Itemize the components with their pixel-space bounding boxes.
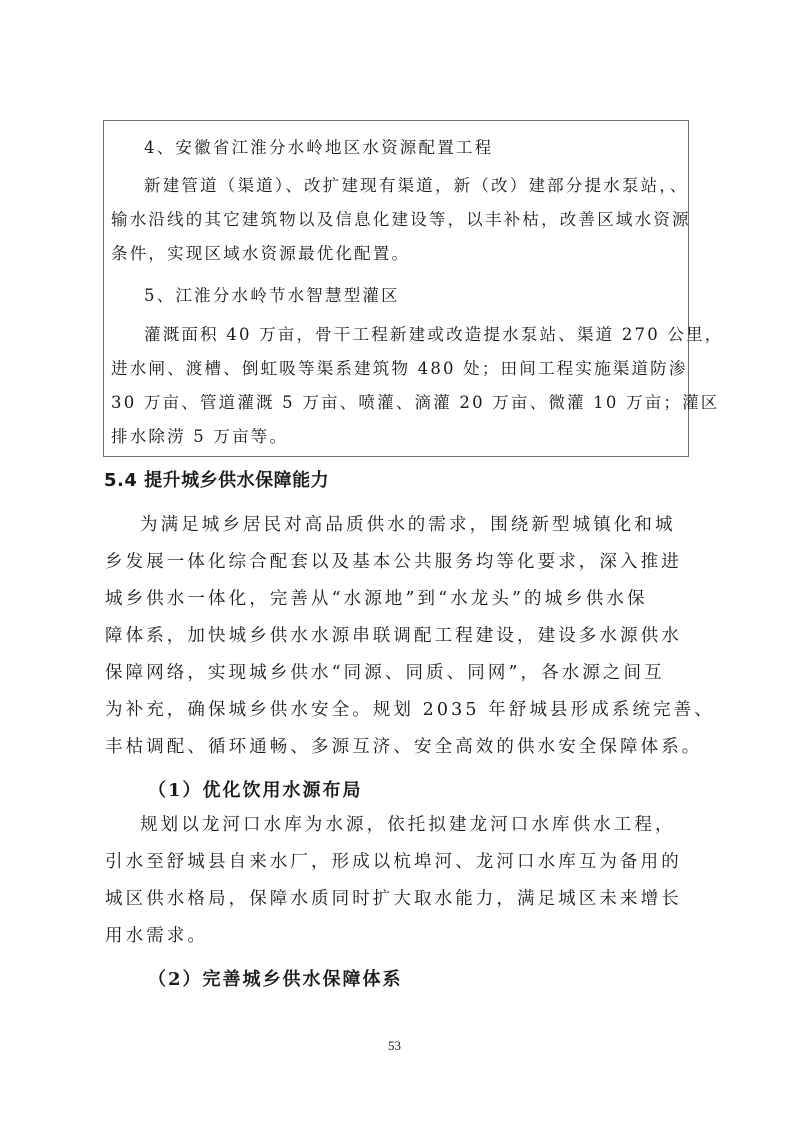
project-4-text-line: 新建管道（渠道）、改扩建现有渠道，新（改）建部分提水泵站，、 [144, 176, 689, 196]
project-5-text-line: 排水除涝 5 万亩等。 [111, 427, 288, 447]
project-4-text-line: 输水沿线的其它建筑物以及信息化建设等，以丰补枯，改善区域水资源 [111, 210, 691, 230]
paragraph-line: 为补充，确保城乡供水安全。规划 2035 年舒城县形成系统完善、 [105, 700, 715, 720]
paragraph-line: 用水需求。 [105, 926, 208, 946]
project-5-text-line: 进水闸、渡槽、倒虹吸等渠系建筑物 480 处；田间工程实施渠道防渗 [111, 359, 688, 379]
paragraph-line: 障体系，加快城乡供水水源串联调配工程建设，建设多水源供水 [105, 626, 682, 646]
project-5-text-line: 灌溉面积 40 万亩，骨干工程新建或改造提水泵站、渠道 270 公里， [144, 325, 723, 345]
project-4-title: 4、安徽省江淮分水岭地区水资源配置工程 [144, 138, 493, 158]
paragraph-line: 规划以龙河口水库为水源，依托拟建龙河口水库供水工程， [140, 815, 676, 835]
project-4-text-line: 条件，实现区域水资源最优化配置。 [111, 244, 410, 264]
subsection-2-title: （2）完善城乡供水保障体系 [148, 965, 403, 991]
paragraph-line: 城乡供水一体化，完善从“水源地”到“水龙头”的城乡供水保 [105, 589, 648, 609]
project-5-text-line: 30 万亩、管道灌溉 5 万亩、喷灌、滴灌 20 万亩、微灌 10 万亩；灌区 [111, 393, 720, 413]
section-heading: 5.4 提升城乡供水保障能力 [104, 466, 329, 492]
paragraph-line: 为满足城乡居民对高品质供水的需求，围绕新型城镇化和城 [140, 515, 676, 535]
paragraph-line: 引水至舒城县自来水厂，形成以杭埠河、龙河口水库互为备用的 [105, 852, 682, 872]
paragraph-line: 丰枯调配、循环通畅、多源互济、安全高效的供水安全保障体系。 [105, 737, 702, 757]
subsection-1-title: （1）优化饮用水源布局 [148, 776, 363, 802]
page-number: 53 [388, 1038, 401, 1054]
project-5-title: 5、江淮分水岭节水智慧型灌区 [144, 286, 400, 306]
paragraph-line: 保障网络，实现城乡供水“同源、同质、同网”，各水源之间互 [105, 663, 665, 683]
project-list-box: 4、安徽省江淮分水岭地区水资源配置工程 新建管道（渠道）、改扩建现有渠道，新（改… [103, 120, 689, 457]
paragraph-line: 城区供水格局，保障水质同时扩大取水能力，满足城区未来增长 [105, 889, 682, 909]
paragraph-line: 乡发展一体化综合配套以及基本公共服务均等化要求，深入推进 [105, 552, 682, 572]
